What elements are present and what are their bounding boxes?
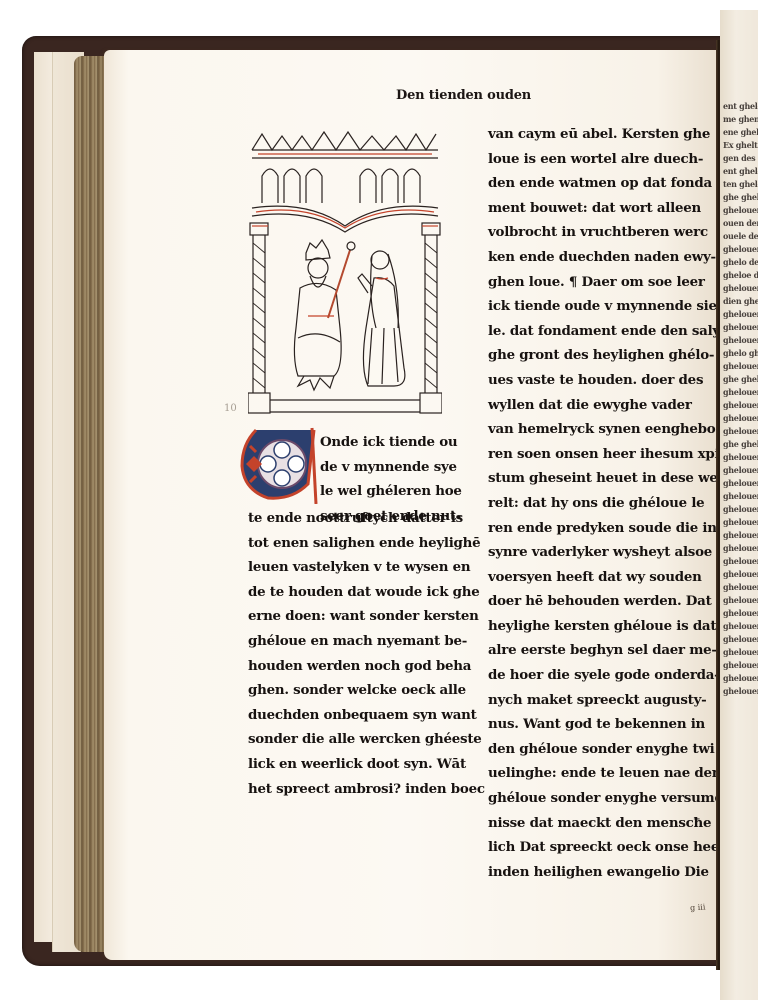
text-line: ghelouen xyxy=(723,685,758,698)
text-line: ouele den xyxy=(723,230,758,243)
text-line: Ex ghelt ane xyxy=(723,139,758,152)
text-line: ren soen onsen heer ihesum xpi xyxy=(488,442,731,467)
text-line: de te houden dat woude ick ghe xyxy=(248,580,485,605)
text-line: ten ghelouen xyxy=(723,178,758,191)
text-line: ghe ghelouen xyxy=(723,191,758,204)
text-line: ghelouen die xyxy=(723,659,758,672)
text-line: van hemelryck synen eenghebo xyxy=(488,417,731,442)
text-line: ren ende predyken soude die in xyxy=(488,516,731,541)
text-line: het spreect ambrosi? inden boec xyxy=(248,777,485,802)
text-line: ghelouen ne xyxy=(723,672,758,685)
text-line: voersyen heeft dat wy souden xyxy=(488,565,731,590)
text-line: ghelouen die xyxy=(723,243,758,256)
text-line: ghelouen die xyxy=(723,633,758,646)
text-line: duechden onbequaem syn want xyxy=(248,703,485,728)
text-line: doer hē behouden werden. Dat xyxy=(488,589,731,614)
text-line: ghelouen ghe xyxy=(723,399,758,412)
folio-number: 10 xyxy=(224,403,237,414)
text-line: ues vaste te houden. doer des xyxy=(488,368,731,393)
text-line: de hoer die syele gode onderda- xyxy=(488,663,731,688)
text-line: ghelouen den xyxy=(723,386,758,399)
text-line: Onde ick tiende ou xyxy=(320,430,462,455)
text-line: ghelouen ne xyxy=(723,555,758,568)
right-column-text: van caym eū abel. Kersten ghe loue is ee… xyxy=(488,122,731,884)
text-line: erne doen: want sonder kersten xyxy=(248,604,485,629)
text-line: ghelouen den xyxy=(723,321,758,334)
text-line: ghelo ghelo xyxy=(723,347,758,360)
text-line: dien ghelouen xyxy=(723,295,758,308)
text-line: ghen. sonder welcke oeck alle xyxy=(248,678,485,703)
text-line: ghelouen ne xyxy=(723,490,758,503)
text-line: ghelouen xyxy=(723,594,758,607)
woodcut-king-and-woman-icon xyxy=(248,128,442,418)
text-line: ghelouen ne xyxy=(723,620,758,633)
text-line: ghelouen ge xyxy=(723,477,758,490)
text-line: ghelouen die xyxy=(723,568,758,581)
text-line: ghelouen die xyxy=(723,360,758,373)
text-line: ghéloue sonder enyghe versume xyxy=(488,786,731,811)
text-line: ghelouen die xyxy=(723,607,758,620)
text-line: ghen loue. ¶ Daer om soe leer xyxy=(488,270,731,295)
text-line: ghelouen de xyxy=(723,581,758,594)
text-line: nisse dat maeckt den menscħe sa xyxy=(488,811,731,836)
text-line: ghelouen nao xyxy=(723,282,758,295)
text-line: sonder die alle wercken ghéeste xyxy=(248,727,485,752)
text-line: ghelouen den xyxy=(723,334,758,347)
text-line: wyllen dat die ewyghe vader xyxy=(488,393,731,418)
text-line: ghelouen de xyxy=(723,516,758,529)
text-line: houden werden noch god beha xyxy=(248,654,485,679)
text-line: ghelouen ghe xyxy=(723,204,758,217)
facing-page-text: ent gheloe gheme ghen gheloene ghelt des… xyxy=(723,100,758,698)
text-line: ghelouen die xyxy=(723,503,758,516)
text-line: ghe gront des heylighen ghélo- xyxy=(488,343,731,368)
text-line: loue is een wortel alre duech- xyxy=(488,147,731,172)
text-line: ene ghelt des xyxy=(723,126,758,139)
text-line: le. dat fondament ende den saly xyxy=(488,319,731,344)
text-line: ghelouen die xyxy=(723,412,758,425)
text-line: ghe ghelouen xyxy=(723,438,758,451)
signature-mark: g iii xyxy=(690,902,706,912)
text-line: ghelouen die xyxy=(723,529,758,542)
text-line: synre vaderlyker wysheyt alsoe xyxy=(488,540,731,565)
text-line: lich Dat spreeckt oeck onse heer xyxy=(488,835,731,860)
text-line: ick tiende oude v mynnende sie xyxy=(488,294,731,319)
woodcut-illustration xyxy=(248,128,442,418)
text-line: gheloe dat ne xyxy=(723,269,758,282)
text-line: ghelo den ne xyxy=(723,256,758,269)
text-line: ghelouen die xyxy=(723,464,758,477)
text-line: tot enen salighen ende heylighē xyxy=(248,531,485,556)
text-line: nus. Want god te bekennen in xyxy=(488,712,731,737)
text-line: ghelouen die xyxy=(723,308,758,321)
decorated-initial-v-icon xyxy=(236,424,318,504)
text-line: heylighe kersten ghéloue is dat xyxy=(488,614,731,639)
text-line: ghelouen de xyxy=(723,646,758,659)
text-line: leuen vastelyken v te wysen en xyxy=(248,555,485,580)
text-line: stum gheseint heuet in dese we- xyxy=(488,466,731,491)
text-line: le wel ghéleren hoe xyxy=(320,479,462,504)
text-line: inden heilighen ewangelio Die xyxy=(488,860,731,885)
text-line: gen des ghelou xyxy=(723,152,758,165)
left-column-text: te ende noottruftych datter is tot enen … xyxy=(248,506,485,801)
running-head: Den tienden ouden xyxy=(396,88,531,103)
text-line: alre eerste beghyn sel daer me- xyxy=(488,638,731,663)
text-line: te ende noottruftych datter is xyxy=(248,506,485,531)
text-line: de v mynnende sye xyxy=(320,455,462,480)
text-line: van caym eū abel. Kersten ghe xyxy=(488,122,731,147)
text-line: ent ghelouen xyxy=(723,165,758,178)
facing-page: ent gheloe gheme ghen gheloene ghelt des… xyxy=(720,10,758,1000)
text-line: volbrocht in vruchtberen werc xyxy=(488,220,731,245)
text-line: ghelouen die xyxy=(723,425,758,438)
text-line: ghe gheloue xyxy=(723,373,758,386)
text-line: ment bouwet: dat wort alleen xyxy=(488,196,731,221)
text-line: lick en weerlick doot syn. Wāt xyxy=(248,752,485,777)
text-line: ghelouen xyxy=(723,542,758,555)
illuminated-initial xyxy=(236,424,318,504)
text-line: relt: dat hy ons die ghéloue le xyxy=(488,491,731,516)
text-line: den ende watmen op dat fonda xyxy=(488,171,731,196)
text-line: uelinghe: ende te leuen nae den xyxy=(488,761,731,786)
text-line: nych maket spreeckt augusty- xyxy=(488,688,731,713)
text-line: me ghen ghelo xyxy=(723,113,758,126)
text-line: ghelouen de xyxy=(723,451,758,464)
text-line: den ghéloue sonder enyghe twi xyxy=(488,737,731,762)
text-line: ent gheloe ghe xyxy=(723,100,758,113)
text-line: ken ende duechden naden ewy- xyxy=(488,245,731,270)
text-line: ghéloue en mach nyemant be- xyxy=(248,629,485,654)
text-line: ouen den ghe xyxy=(723,217,758,230)
